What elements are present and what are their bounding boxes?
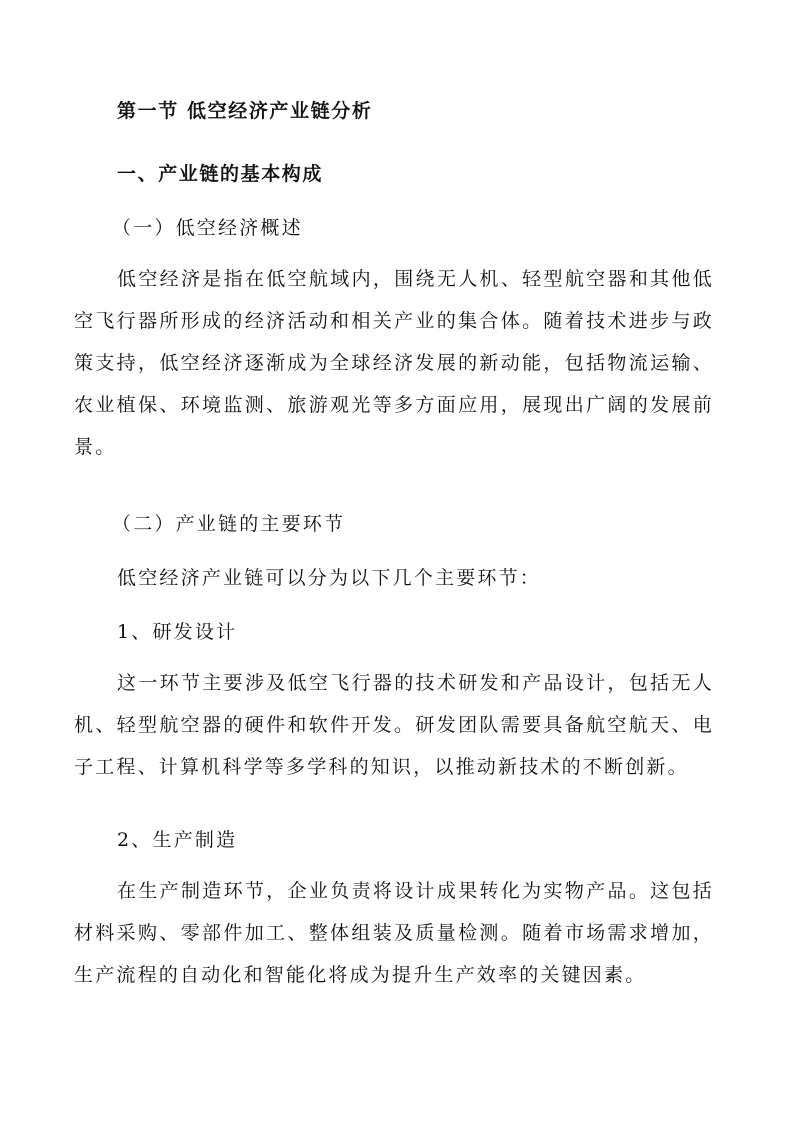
heading-level-1: 一、产业链的基本构成 [117, 162, 323, 186]
subsection-title-overview: （一）低空经济概述 [112, 216, 303, 240]
paragraph-overview: 低空经济是指在低空航域内，围绕无人机、轻型航空器和其他低空飞行器所形成的经济活动… [74, 258, 714, 468]
section-title: 第一节 低空经济产业链分析 [117, 99, 372, 123]
paragraph-manufacturing: 在生产制造环节，企业负责将设计成果转化为实物产品。这包括材料采购、零部件加工、整… [74, 870, 714, 996]
item-title-rd-design: 1、研发设计 [117, 620, 237, 644]
item-title-manufacturing: 2、生产制造 [117, 828, 237, 852]
subsection-title-main-links: （二）产业链的主要环节 [112, 512, 345, 536]
paragraph-rd-design: 这一环节主要涉及低空飞行器的技术研发和产品设计，包括无人机、轻型航空器的硬件和软… [74, 662, 714, 788]
paragraph-intro: 低空经济产业链可以分为以下几个主要环节： [117, 566, 541, 590]
